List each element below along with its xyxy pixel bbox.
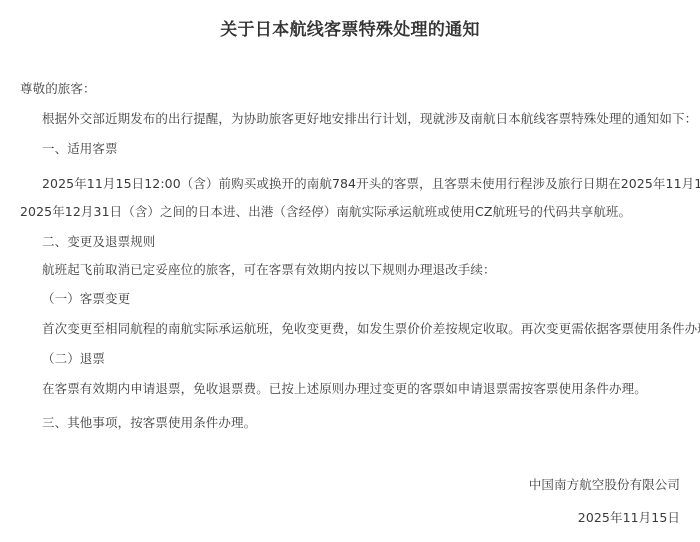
section-2-sub1-heading: （一）客票变更	[42, 289, 130, 307]
section-2-sub2-heading: （二）退票	[42, 349, 105, 367]
section-1-body-line-1: 2025年11月15日12:00（含）前购买或换开的南航784开头的客票，且客票…	[42, 174, 700, 192]
signature-company: 中国南方航空股份有限公司	[529, 475, 680, 493]
section-2-sub1-body: 首次变更至相同航程的南航实际承运航班，免收变更费，如发生票价价差按规定收取。再次…	[42, 319, 700, 337]
section-1-heading: 一、适用客票	[42, 139, 118, 157]
section-2-heading: 二、变更及退票规则	[42, 232, 155, 250]
intro-paragraph: 根据外交部近期发布的出行提醒，为协助旅客更好地安排出行计划，现就涉及南航日本航线…	[42, 109, 697, 127]
signature-date: 2025年11月15日	[578, 508, 680, 526]
section-2-sub2-body: 在客票有效期内申请退票，免收退票费。已按上述原则办理过变更的客票如申请退票需按客…	[42, 379, 647, 397]
page-title: 关于日本航线客票特殊处理的通知	[0, 15, 700, 40]
section-1-body-line-2: 2025年12月31日（含）之间的日本进、出港（含经停）南航实际承运航班或使用C…	[20, 202, 631, 220]
greeting: 尊敬的旅客：	[20, 79, 96, 97]
section-3-heading: 三、其他事项，按客票使用条件办理。	[42, 413, 256, 431]
section-2-intro: 航班起飞前取消已定妥座位的旅客，可在客票有效期内按以下规则办理退改手续：	[42, 260, 496, 278]
